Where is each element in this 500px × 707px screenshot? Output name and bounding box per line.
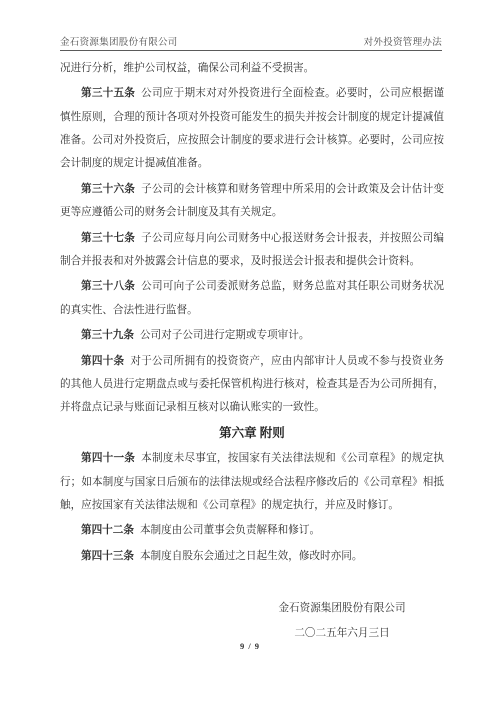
header-doc-title: 对外投资管理办法 [364,34,442,48]
article-43-text: 本制度自股东会通过之日起生效，修改时亦同。 [140,551,362,562]
chapter-heading: 第六章 附则 [60,422,444,445]
article-38-number: 第三十八条 [81,281,135,292]
article-42-number: 第四十二条 [81,525,134,536]
article-39-number: 第三十九条 [81,330,134,341]
article-37: 第三十七条子公司应每月向公司财务中心报送财务会计报表，并按照公司编制合并报表和对… [60,227,444,274]
article-42-text: 本制度由公司董事会负责解释和修订。 [140,525,320,536]
document-page: 金石资源集团股份有限公司 对外投资管理办法 况进行分析，维护公司权益，确保公司利… [0,0,500,707]
article-35-number: 第三十五条 [81,88,135,99]
running-header: 金石资源集团股份有限公司 对外投资管理办法 [60,34,442,48]
document-body: 况进行分析，维护公司权益，确保公司利益不受损害。 第三十五条公司应于期末对对外投… [60,57,444,646]
signature-block: 金石资源集团股份有限公司 二〇二五年六月三日 [276,596,408,646]
article-38: 第三十八条公司可向子公司委派财务总监，财务总监对其任职公司财务状况的真实性、合法… [60,275,444,322]
signature-company-name: 金石资源集团股份有限公司 [276,596,408,621]
article-36: 第三十六条子公司的会计核算和财务管理中所采用的会计政策及会计估计变更等应遵循公司… [60,178,444,225]
article-35-text: 公司应于期末对对外投资进行全面检查。必要时，公司应根据谨慎性原则，合理的预计各项… [60,88,444,169]
header-company-name: 金石资源集团股份有限公司 [60,34,178,48]
article-41: 第四十一条本制度未尽事宜，按国家有关法律法规和《公司章程》的规定执行；如本制度与… [60,447,444,517]
article-40-number: 第四十条 [81,356,124,367]
article-39: 第三十九条公司对子公司进行定期或专项审计。 [60,324,444,347]
header-rule [60,50,442,51]
article-43-number: 第四十三条 [81,551,134,562]
article-43: 第四十三条本制度自股东会通过之日起生效，修改时亦同。 [60,545,444,568]
article-41-number: 第四十一条 [81,453,135,464]
article-35: 第三十五条公司应于期末对对外投资进行全面检查。必要时，公司应根据谨慎性原则，合理… [60,82,444,175]
page-number: 9 / 9 [0,641,500,651]
article-40: 第四十条对于公司所拥有的投资资产，应由内部审计人员或不参与投资业务的其他人员进行… [60,350,444,420]
article-36-number: 第三十六条 [81,184,135,195]
article-42: 第四十二条本制度由公司董事会负责解释和修订。 [60,519,444,542]
paragraph-continuation: 况进行分析，维护公司权益，确保公司利益不受损害。 [60,57,444,80]
article-39-text: 公司对子公司进行定期或专项审计。 [140,330,310,341]
article-37-number: 第三十七条 [81,233,135,244]
